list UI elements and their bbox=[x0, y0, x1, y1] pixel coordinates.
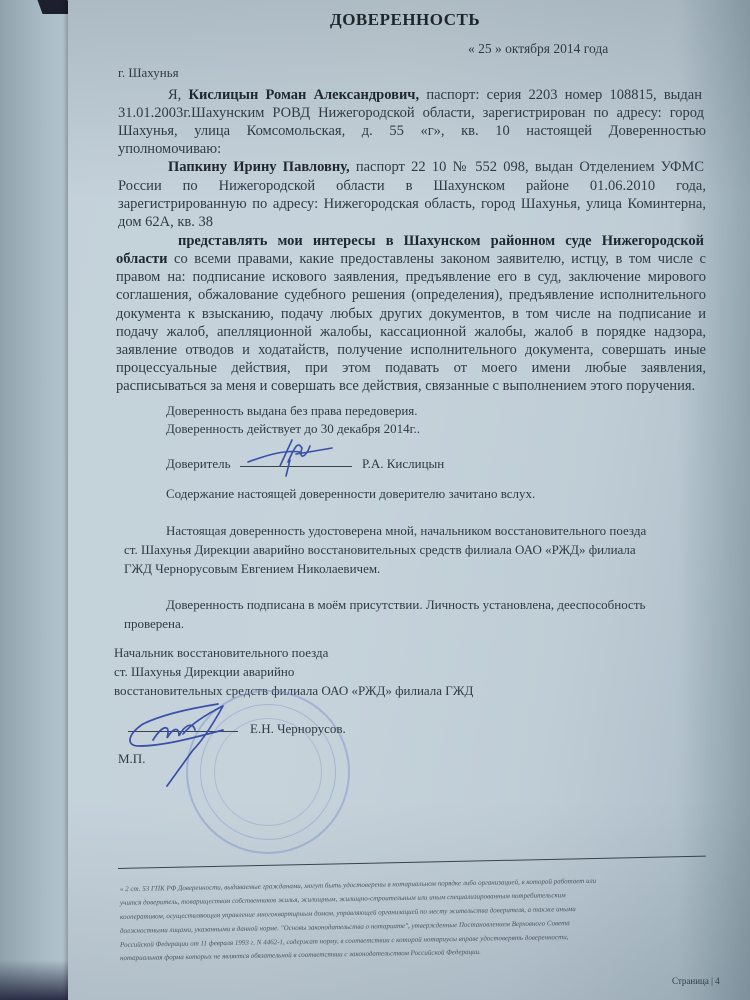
powers-line-7: заявление отводов и ходатайств, получени… bbox=[116, 341, 706, 359]
principal-line-3: Шахунья, улица Комсомольская, д. 55 «г»,… bbox=[118, 122, 706, 140]
document-date: « 25 » октября 2014 года bbox=[468, 40, 608, 58]
powers-region: области bbox=[116, 251, 167, 267]
principal-signature-label: Доверитель bbox=[166, 455, 231, 473]
principal-signature-icon bbox=[240, 432, 340, 477]
presence-line-2: проверена. bbox=[124, 615, 184, 633]
certification-line-1: Настоящая доверенность удостоверена мной… bbox=[166, 522, 646, 540]
document-title: ДОВЕРЕННОСТЬ bbox=[330, 11, 480, 29]
page-number: Страница | 4 bbox=[672, 972, 720, 990]
powers-bold-line: представлять мои интересы в Шахунском ра… bbox=[118, 232, 704, 250]
seal-mark: М.П. bbox=[118, 750, 145, 768]
certifier-name: Е.Н. Чернорусов. bbox=[250, 720, 346, 738]
agent-line-1: Папкину Ирину Павловну, паспорт 22 10 № … bbox=[118, 158, 704, 176]
principal-intro: Я, bbox=[168, 87, 181, 103]
agent-line-2: России по Нижегородской области в Шахунс… bbox=[118, 177, 706, 195]
agent-line-3: зарегистрированную по адресу: Нижегородс… bbox=[118, 195, 706, 213]
principal-signature-name: Р.А. Кислицын bbox=[362, 455, 444, 473]
footnote-separator bbox=[118, 856, 706, 869]
certifier-title-2: ст. Шахунья Дирекции аварийно bbox=[114, 663, 294, 681]
power-of-attorney-page: ДОВЕРЕННОСТЬ « 25 » октября 2014 года г.… bbox=[68, 0, 750, 1000]
certification-line-2: ст. Шахунья Дирекции аварийно восстанови… bbox=[124, 541, 636, 559]
document-city: г. Шахунья bbox=[118, 64, 179, 82]
certifier-title-1: Начальник восстановительного поезда bbox=[114, 644, 328, 662]
certifier-signature-icon bbox=[123, 694, 253, 794]
agent-passport: паспорт 22 10 № 552 098, выдан Отделение… bbox=[356, 159, 704, 175]
read-aloud-note: Содержание настоящей доверенности довери… bbox=[166, 485, 535, 503]
powers-line-4: соглашения, обжалование судебного решени… bbox=[116, 286, 706, 304]
no-delegation-clause: Доверенность выдана без права передовери… bbox=[166, 402, 418, 420]
powers-line-2-text: со всеми правами, какие предоставлены за… bbox=[174, 251, 706, 267]
powers-line-8: процессуальные действия, при этом подава… bbox=[116, 359, 706, 377]
principal-passport: паспорт: серия 2203 номер 108815, выдан bbox=[426, 87, 702, 103]
adjacent-page bbox=[0, 0, 72, 1000]
certification-line-3: ГЖД Чернорусовым Евгением Николаевичем. bbox=[124, 560, 380, 578]
principal-line-1: Я, Кислицын Роман Александрович, паспорт… bbox=[118, 86, 702, 104]
powers-line-6: подачу жалоб, апелляционной жалобы, касс… bbox=[116, 323, 706, 341]
powers-line-9: расписываться за меня и совершать все де… bbox=[116, 377, 695, 395]
principal-name: Кислицын Роман Александрович, bbox=[189, 87, 420, 103]
principal-line-4: уполномочиваю: bbox=[118, 140, 221, 158]
powers-line-2: области со всеми правами, какие предоста… bbox=[116, 250, 706, 268]
powers-line-3: правом на: подписание искового заявления… bbox=[116, 268, 706, 286]
powers-line-5: документа к взысканию, подачу любых друг… bbox=[116, 305, 706, 323]
principal-line-2: 31.01.2003г.Шахунским РОВД Нижегородской… bbox=[118, 104, 704, 122]
agent-line-4: дом 62А, кв. 38 bbox=[118, 213, 213, 231]
presence-line-1: Доверенность подписана в моём присутстви… bbox=[166, 596, 645, 614]
agent-name: Папкину Ирину Павловну, bbox=[168, 159, 350, 175]
